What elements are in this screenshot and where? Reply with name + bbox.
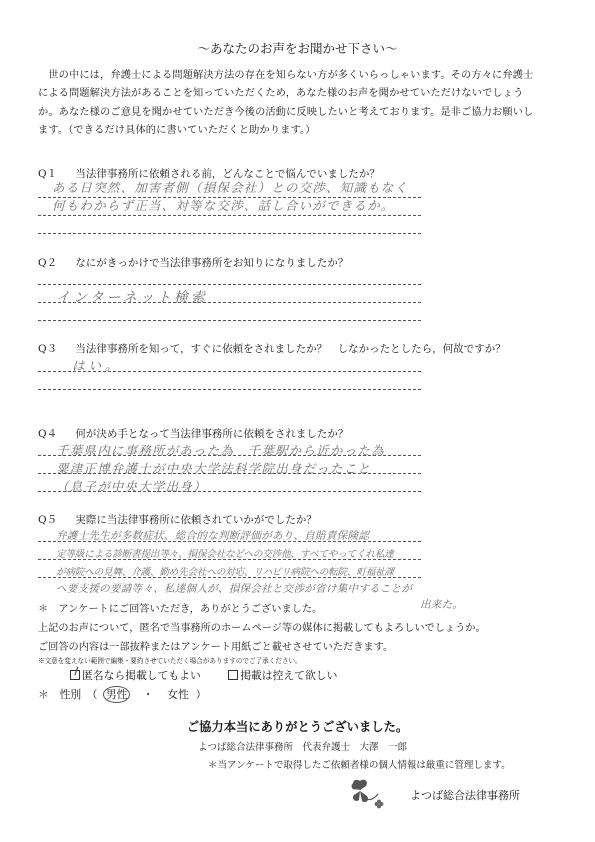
handwritten-answer: 出来た。 bbox=[420, 597, 463, 612]
checkbox-checked-icon[interactable] bbox=[70, 670, 80, 680]
question-number: Q４ bbox=[38, 426, 72, 441]
document-title: 〜あなたのお声をお聞かせ下さい〜 bbox=[0, 39, 595, 57]
answer-line bbox=[38, 197, 421, 198]
question-text: なにがきっかけで当法律事務所をお知りになりましたか？ bbox=[75, 257, 348, 269]
edit-note: ※文意を変えない範囲で編集・要約させていただく場合がありますのでご了承ください。 bbox=[38, 655, 302, 665]
firm-representative: よつば総合法律事務所 代表弁護士 大澤 一郎 bbox=[198, 739, 407, 753]
question-2: Q２ なにがきっかけで当法律事務所をお知りになりましたか？ bbox=[38, 255, 348, 270]
answer-line bbox=[38, 371, 421, 372]
checkbox-icon[interactable] bbox=[228, 670, 238, 680]
handwritten-answer: 千葉県内に事務所があった為 千葉駅から近かった為 bbox=[56, 441, 385, 459]
question-4: Q４ 何が決め手となって当法律事務所に依頼をされましたか？ bbox=[38, 426, 348, 441]
footer-thanks: ご協力本当にありがとうございました。 bbox=[0, 717, 595, 735]
answer-line bbox=[38, 389, 421, 390]
question-number: Q２ bbox=[38, 255, 72, 270]
firm-logo-text: よつば総合法律事務所 bbox=[410, 787, 520, 803]
answer-line bbox=[38, 284, 421, 285]
gender-field: ＊ 性別 （ 男性 ・ 女性 ） bbox=[38, 686, 207, 703]
question-5: Q５ 実際に当法律事務所に依頼されていかがでしたか？ bbox=[38, 512, 317, 527]
handwritten-answer: が病院への見舞、介護、勤め先会社への対応、リハビリ病院への転院、町福祉課 bbox=[56, 564, 394, 578]
question-3: Q３ 当法律事務所を知って，すぐに依頼をされましたか？ しなかったとしたら，何故… bbox=[38, 341, 506, 356]
answer-line bbox=[38, 302, 421, 303]
gender-option-male[interactable]: 男性 bbox=[103, 686, 131, 703]
question-number: Q５ bbox=[38, 512, 72, 527]
handwritten-answer: 定等級による診断書提出等々、損保会社などへの交渉他、すべてやってくれ私達 bbox=[56, 546, 394, 560]
publish-question: ご回答の内容は一部抜粋またはアンケート用紙ごと載せさせていただきます。 bbox=[38, 638, 393, 653]
answer-line bbox=[38, 455, 421, 456]
publish-question: 上記のお声について，匿名で当事務所のホームページ等の媒体に掲載してもよろしいでし… bbox=[38, 619, 486, 634]
handwritten-answer: インターネット検索 bbox=[56, 287, 208, 307]
intro-line: 世の中には，弁護士による問題解決方法の存在を知らない方が多くいらっしゃいます。そ… bbox=[38, 66, 533, 81]
question-text: 実際に当法律事務所に依頼されていかがでしたか？ bbox=[75, 514, 317, 526]
handwritten-answer: へ要支援の要請等々、私達個人が、損保会社と交渉が省け集中することが bbox=[56, 581, 412, 596]
handwritten-answer: （息子が中央大学出身） bbox=[56, 477, 207, 495]
handwritten-answer: ある日突然、加害者側（損保会社）との交渉、知識もなく bbox=[52, 178, 408, 196]
publish-option-decline[interactable]: 掲載は控えて欲しい bbox=[228, 669, 337, 682]
answer-line bbox=[38, 577, 421, 578]
answer-line bbox=[38, 215, 421, 216]
question-text: 当法律事務所を知って，すぐに依頼をされましたか？ しなかったとしたら，何故ですか… bbox=[75, 343, 505, 355]
question-text: 何が決め手となって当法律事務所に依頼をされましたか？ bbox=[75, 428, 348, 440]
question-number: Q３ bbox=[38, 341, 72, 356]
intro-line: か。あなた様のご意見を聞かせていただき今後の活動に反映したいと考えております。是… bbox=[38, 103, 533, 118]
gender-suffix: ） bbox=[196, 688, 207, 701]
survey-thanks-note: ＊ アンケートにご回答いただき，ありがとうございました。 bbox=[38, 600, 322, 615]
answer-line bbox=[38, 541, 421, 542]
handwritten-answer: 粟津正博弁護士が中央大学法科学院出身だったこと bbox=[56, 459, 371, 477]
clover-icon bbox=[350, 778, 398, 814]
intro-line: ます。（できるだけ具体的に書いていただくと助かります。） bbox=[38, 121, 316, 136]
privacy-note: ＊当アンケートで取得したご依頼者様の個人情報は厳重に管理します。 bbox=[208, 757, 511, 771]
intro-line: による問題解決方法があることを知っていただくため，あなた様のお声を聞かせていただ… bbox=[38, 84, 523, 99]
handwritten-answer: 何もわからず正当、対等な交渉、話し合いができるか。 bbox=[52, 196, 395, 214]
gender-separator: ・ bbox=[143, 688, 154, 701]
publish-option-anonymous[interactable]: 匿名なら掲載してもよい bbox=[70, 669, 201, 682]
publish-options: 匿名なら掲載してもよい 掲載は控えて欲しい bbox=[70, 668, 361, 683]
answer-line bbox=[38, 491, 421, 492]
answer-line bbox=[38, 320, 421, 321]
answer-line bbox=[38, 233, 421, 234]
gender-option-female[interactable]: 女性 bbox=[167, 688, 189, 701]
gender-prefix: ＊ 性別 （ bbox=[38, 688, 97, 701]
answer-line bbox=[38, 473, 421, 474]
answer-line bbox=[38, 559, 421, 560]
